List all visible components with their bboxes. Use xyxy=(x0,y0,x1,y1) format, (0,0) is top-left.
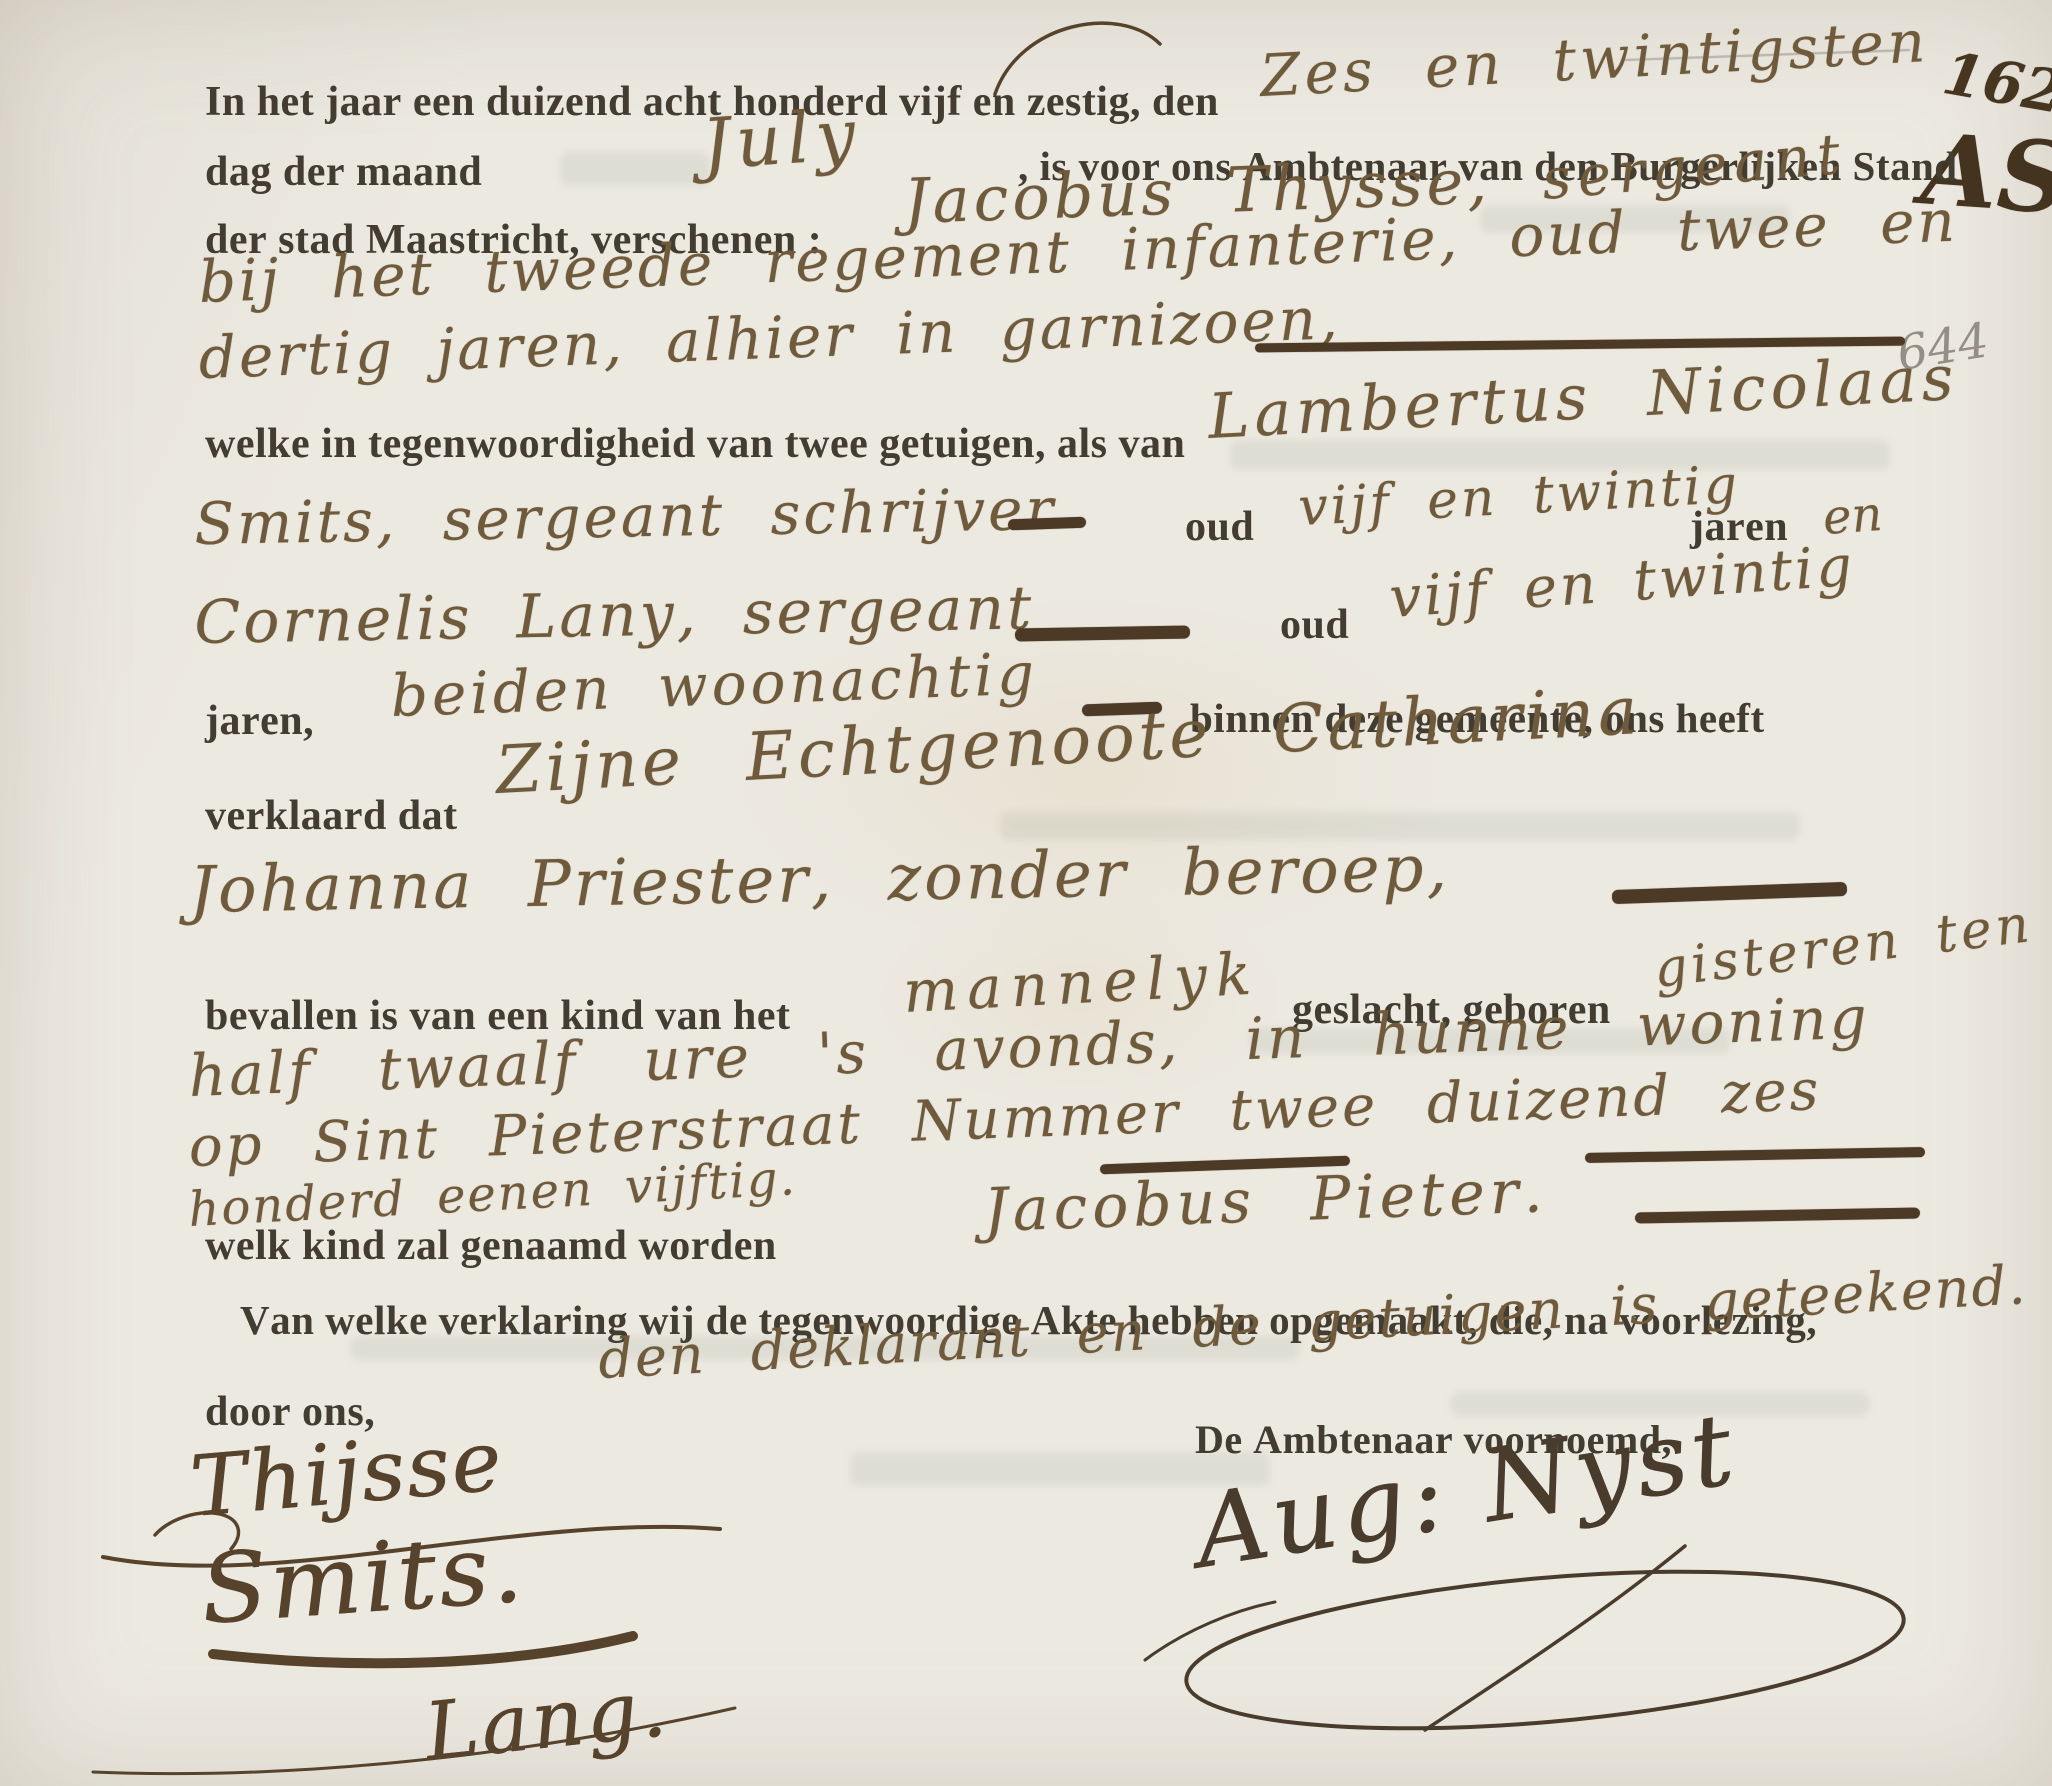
birth-record-scan: 162 AS. 644 In het jaar een duizend acht… xyxy=(0,0,2052,1786)
printed-witnesses-line: welke in tegenwoordigheid van twee getui… xyxy=(205,420,1185,468)
written-mother-name: Johanna Priester, zonder beroep, xyxy=(189,832,1451,928)
signature-witness1: Smits. xyxy=(197,1512,528,1646)
written-witness1-name-rank: Smits, sergeant schrijver xyxy=(194,475,1057,558)
printed-declared-label: verklaard dat xyxy=(205,792,458,840)
printed-name-label: welk kind zal genaamd worden xyxy=(205,1222,777,1270)
written-child-name: Jacobus Pieter. xyxy=(983,1156,1549,1246)
written-month: July xyxy=(699,93,863,186)
blank-filler-line xyxy=(1008,517,1086,531)
signature-witness2: Lang. xyxy=(420,1661,672,1779)
printed-month-label: dag der maand xyxy=(205,148,482,196)
blank-filler-line xyxy=(1585,1147,1925,1163)
written-signing-clause: den deklarant en de getuigen is geteeken… xyxy=(597,1253,2029,1391)
printed-oud-label: oud xyxy=(1185,503,1254,551)
blank-filler-line xyxy=(1612,882,1847,904)
printed-jaren-label: jaren, xyxy=(205,697,314,745)
blank-filler-line xyxy=(1635,1208,1920,1224)
written-witness2-age: vijf en twintig xyxy=(1387,534,1857,631)
written-witness1-age: vijf en twintig xyxy=(1297,455,1742,538)
written-witness1-firstnames: Lambertus Nicolaas xyxy=(1206,341,1960,453)
written-day: Zes en twintigsten xyxy=(1258,7,1930,110)
printed-oud-label: oud xyxy=(1280,601,1349,649)
blank-filler-line xyxy=(1015,625,1190,641)
bleedthrough-mark xyxy=(560,152,710,186)
